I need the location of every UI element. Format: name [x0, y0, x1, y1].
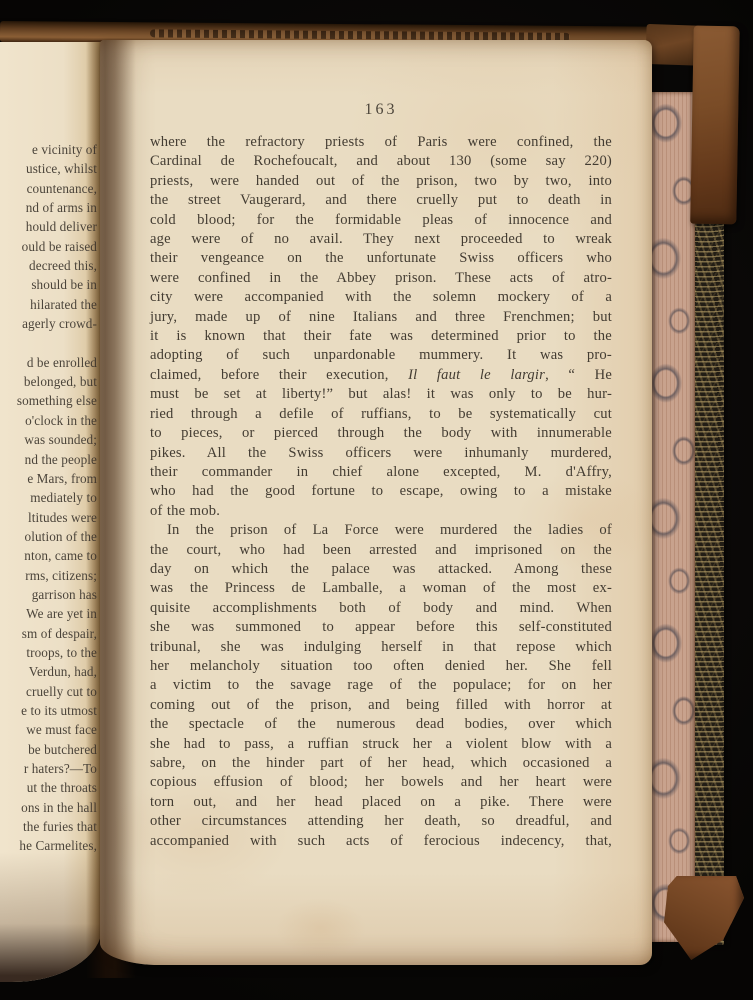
text-line: Cardinal de Rochefoucalt, and about 130 …	[150, 152, 612, 171]
italic-text-run: Il faut le largir	[408, 367, 545, 383]
text-line: copious effusion of blood; her bowels an…	[150, 773, 612, 792]
text-line: Verdun, had,	[1, 662, 97, 681]
text-line: she had to pass, a ruffian struck her a …	[150, 735, 612, 754]
text-line: was the Princess de Lamballe, a woman of…	[150, 579, 612, 598]
text-line: he Carmelites,	[1, 836, 97, 855]
text-line: claimed, before their execution, Il faut…	[150, 366, 612, 385]
text-line: ould be raised	[1, 237, 97, 256]
text-line: day on which the palace was attacked. Am…	[150, 560, 612, 579]
text-line: e to its utmost	[1, 701, 97, 720]
text-line: their vengeance on the unfortunate Swiss…	[150, 249, 612, 268]
text-line: the furies that	[1, 817, 97, 836]
text-line: ustice, whilst	[1, 159, 97, 178]
marbled-fore-edge	[650, 92, 695, 942]
page-number: 163	[150, 100, 612, 120]
text-line: cruelly cut to	[1, 682, 97, 701]
text-line: troops, to the	[1, 643, 97, 662]
text-line: to pieces, or pierced through the body w…	[150, 424, 612, 443]
text-line: countenance,	[1, 179, 97, 198]
text-line: In the prison of La Force were murdered …	[150, 521, 612, 540]
left-page-text-fragments: e vicinity ofustice, whilstcountenance,n…	[1, 140, 97, 856]
leather-corner-bottom-right	[664, 876, 744, 960]
text-line: We are yet in	[1, 604, 97, 623]
text-column: 163 where the refractory priests of Pari…	[150, 100, 612, 851]
right-page: 163 where the refractory priests of Pari…	[100, 40, 652, 965]
left-page-sliver: e vicinity ofustice, whilstcountenance,n…	[0, 42, 102, 982]
text-line: garrison has	[1, 585, 97, 604]
text-line: should be in	[1, 275, 97, 294]
text-line: ried through a defile of ruffians, to be…	[150, 405, 612, 424]
text-line: of the mob.	[150, 502, 612, 521]
text-line: olution of the	[1, 527, 97, 546]
text-line: belonged, but	[1, 372, 97, 391]
text-run: claimed, before their execution,	[150, 367, 408, 383]
text-line: we must face	[1, 720, 97, 739]
text-line: rms, citizens;	[1, 566, 97, 585]
text-line: city were accompanied with the solemn mo…	[150, 288, 612, 307]
text-line: adopting of such unpardonable mummery. I…	[150, 346, 612, 365]
text-line: quisite accomplishments both of body and…	[150, 599, 612, 618]
text-line: something else	[1, 391, 97, 410]
text-line: the street Vaugerard, and there cruelly …	[150, 191, 612, 210]
text-line: age were of no avail. They next proceede…	[150, 230, 612, 249]
text-line: a victim to the savage rage of the popul…	[150, 676, 612, 695]
text-line: she was summoned to appear before this s…	[150, 618, 612, 637]
text-line: nd the people	[1, 450, 97, 469]
text-line: hilarated the	[1, 295, 97, 314]
text-line: who had the good fortune to escape, owin…	[150, 482, 612, 501]
text-line: cold blood; for the formidable pleas of …	[150, 211, 612, 230]
text-line: e Mars, from	[1, 469, 97, 488]
leather-corner-top-right	[690, 26, 739, 225]
paragraph-massacre-of-priests: where the refractory priests of Paris we…	[150, 133, 612, 521]
text-line: tribunal, she was indulging herself in t…	[150, 638, 612, 657]
text-line: jury, made up of nine Italians and three…	[150, 308, 612, 327]
text-line: mediately to	[1, 488, 97, 507]
text-line: e vicinity of	[1, 140, 97, 159]
text-line: nton, came to	[1, 546, 97, 565]
text-line: it is known that their fate was determin…	[150, 327, 612, 346]
text-line: pikes. All the Swiss officers were inhum…	[150, 444, 612, 463]
text-line: sabre, on the hinder part of her head, w…	[150, 754, 612, 773]
text-line: coming out of the prison, and being fill…	[150, 696, 612, 715]
text-line: torn out, and her head placed on a pike.…	[150, 793, 612, 812]
text-line: must be set at liberty!” but alas! it wa…	[150, 385, 612, 404]
book-photograph: e vicinity ofustice, whilstcountenance,n…	[0, 0, 753, 1000]
text-line: ut the throats	[1, 778, 97, 797]
text-line: ons in the hall	[1, 798, 97, 817]
text-line: r haters?—To	[1, 759, 97, 778]
text-line	[1, 333, 97, 352]
paragraph-la-force-lamballe: In the prison of La Force were murdered …	[150, 521, 612, 851]
text-line: other circumstances attending her death,…	[150, 812, 612, 831]
text-line: the spectacle of the numerous dead bodie…	[150, 715, 612, 734]
text-line: where the refractory priests of Paris we…	[150, 133, 612, 152]
text-line: decreed this,	[1, 256, 97, 275]
text-line: agerly crowd-	[1, 314, 97, 333]
text-line: were confined in the Abbey prison. These…	[150, 269, 612, 288]
text-line: o'clock in the	[1, 411, 97, 430]
text-line: was sounded;	[1, 430, 97, 449]
text-line: nd of arms in	[1, 198, 97, 217]
text-line: ltitudes were	[1, 508, 97, 527]
text-line: accompanied with such acts of ferocious …	[150, 832, 612, 851]
text-line: priests, were handed out of the prison, …	[150, 172, 612, 191]
text-line: be butchered	[1, 740, 97, 759]
text-line: their commander in chief alone excepted,…	[150, 463, 612, 482]
text-line: d be enrolled	[1, 353, 97, 372]
text-line: sm of despair,	[1, 624, 97, 643]
text-line: her melancholy situation too often denie…	[150, 657, 612, 676]
text-line: the court, who had been arrested and imp…	[150, 541, 612, 560]
text-line: hould deliver	[1, 217, 97, 236]
text-run: , “ He	[545, 367, 612, 383]
